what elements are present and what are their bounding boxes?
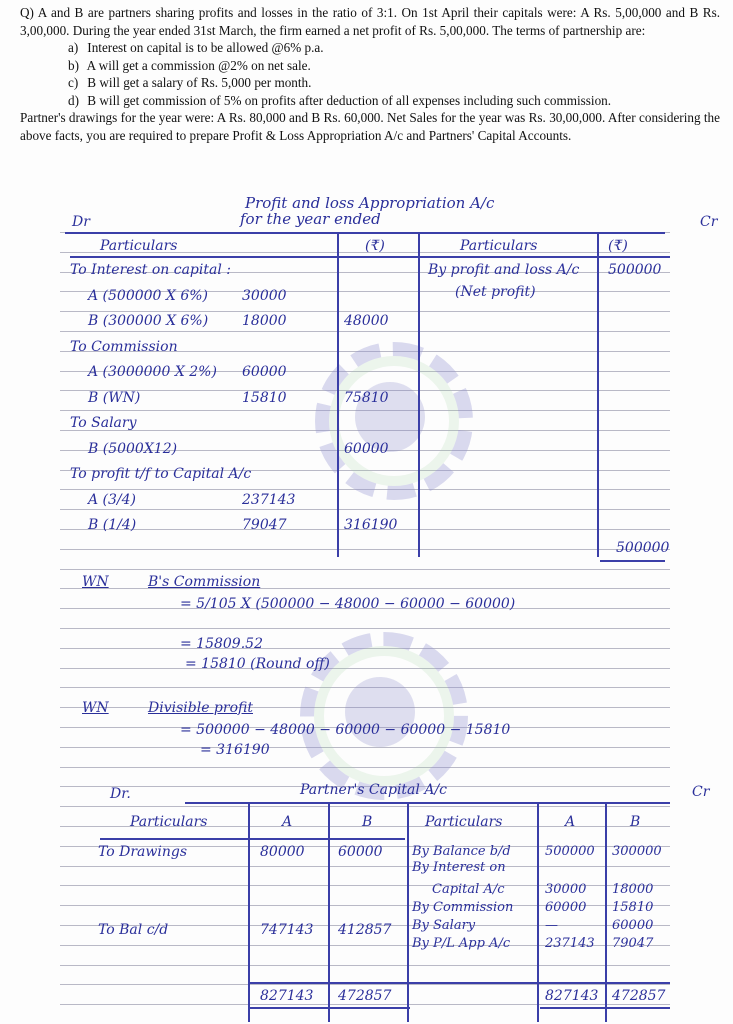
cap-header-particulars-right: Particulars [425, 814, 503, 830]
pl-header-amount: (₹) [365, 238, 385, 254]
wn1-label: WN [82, 574, 109, 590]
pl-divider [597, 232, 599, 557]
cap-credit-b: 79047 [612, 936, 653, 951]
pl-cr-label: Cr [700, 214, 717, 230]
pl-debit-row: A (3/4) [88, 492, 136, 508]
wn1-title: B's Commission [148, 574, 260, 590]
cap-credit-a: 60000 [545, 900, 586, 915]
pl-debit-row: B (WN) [88, 390, 140, 406]
pl-top-rule [65, 232, 665, 234]
cap-credit-a: — [545, 918, 558, 933]
cap-total-b-left: 472857 [338, 988, 391, 1004]
terms-list: a) Interest on capital is to be allowed … [20, 39, 720, 109]
cap-divider [328, 802, 330, 1022]
notebook-rule [60, 984, 670, 985]
term-item: a) Interest on capital is to be allowed … [68, 39, 720, 57]
pl-debit-row: To Commission [70, 339, 178, 355]
cap-divider [248, 802, 250, 1022]
pl-dr-label: Dr [72, 214, 90, 230]
notebook-rule [60, 628, 670, 629]
cap-header-particulars: Particulars [130, 814, 208, 830]
cap-header-a-right: A [565, 814, 575, 830]
cap-header-rule [100, 838, 405, 840]
pl-debit-sub-amount: 60000 [242, 364, 287, 380]
cap-credit-a: 30000 [545, 882, 586, 897]
notebook-rule [60, 866, 670, 867]
cap-header-b-right: B [630, 814, 640, 830]
term-item: c) B will get a salary of Rs. 5,000 per … [68, 74, 720, 92]
cap-total-a-right: 827143 [545, 988, 598, 1004]
cap-credit-a: 500000 [545, 844, 595, 859]
cap-double-rule [540, 1007, 670, 1009]
cap-credit-row: By P/L App A/c [412, 936, 510, 951]
pl-debit-row: B (5000X12) [88, 441, 177, 457]
question-text: Q) A and B are partners sharing profits … [20, 4, 720, 144]
cap-credit-b: 15810 [612, 900, 653, 915]
pl-debit-row: A (500000 X 6%) [88, 288, 208, 304]
pl-total-rule [600, 560, 665, 562]
wn2-line2: = 316190 [200, 742, 270, 758]
notebook-rule [60, 549, 670, 550]
question-closing: Partner's drawings for the year were: A … [20, 109, 720, 144]
cap-credit-a: 237143 [545, 936, 595, 951]
pl-debit-row: B (1/4) [88, 517, 136, 533]
notebook-rule [60, 311, 670, 312]
notebook-rule [60, 569, 670, 570]
wn2-label: WN [82, 700, 109, 716]
term-item: b) A will get a commission @2% on net sa… [68, 57, 720, 75]
pl-debit-total: 60000 [344, 441, 389, 457]
cap-credit-b: 18000 [612, 882, 653, 897]
cap-credit-row: Capital A/c [432, 882, 505, 897]
notebook-rule [60, 509, 670, 510]
pl-debit-sub-amount: 30000 [242, 288, 287, 304]
pl-total-right: 500000 [616, 540, 669, 556]
cap-debit-a: 747143 [260, 922, 313, 938]
pl-debit-sub-amount: 79047 [242, 517, 287, 533]
pl-credit-amount: 500000 [608, 262, 661, 278]
cap-top-rule [185, 802, 670, 804]
pl-debit-row: To Interest on capital : [70, 262, 231, 278]
pl-header-particulars: Particulars [100, 238, 178, 254]
cap-divider [537, 802, 539, 1022]
cap-debit-a: 80000 [260, 844, 305, 860]
cap-credit-b: 300000 [612, 844, 662, 859]
pl-header-rule [70, 256, 670, 258]
pl-debit-total: 75810 [344, 390, 389, 406]
notebook-rule [60, 331, 670, 332]
cap-credit-row: By Salary [412, 918, 475, 933]
cap-double-rule [250, 1007, 410, 1009]
cap-total-rule [250, 982, 670, 984]
cap-credit-row: By Interest on [412, 860, 506, 875]
pl-header-amount-right: (₹) [608, 238, 628, 254]
notebook-rule [60, 1004, 670, 1005]
pl-debit-row: B (300000 X 6%) [88, 313, 208, 329]
pl-debit-total: 48000 [344, 313, 389, 329]
pl-debit-total: 316190 [344, 517, 397, 533]
cap-total-a-left: 827143 [260, 988, 313, 1004]
pl-debit-sub-amount: 237143 [242, 492, 295, 508]
pl-debit-row: To Salary [70, 415, 137, 431]
cap-debit-b: 412857 [338, 922, 391, 938]
wn2-line1: = 500000 − 48000 − 60000 − 60000 − 15810 [180, 722, 510, 738]
cap-total-b-right: 472857 [612, 988, 665, 1004]
cap-dr-label: Dr. [110, 786, 131, 802]
cap-debit-b: 60000 [338, 844, 383, 860]
notebook-rule [60, 965, 670, 966]
pl-debit-sub-amount: 15810 [242, 390, 287, 406]
pl-debit-row: To profit t/f to Capital A/c [70, 466, 251, 482]
pl-debit-sub-amount: 18000 [242, 313, 287, 329]
notebook-sheet: Profit and loss Appropriation A/c for th… [60, 192, 670, 1022]
term-item: d) B will get commission of 5% on profit… [68, 92, 720, 110]
pl-header-particulars-right: Particulars [460, 238, 538, 254]
cap-credit-row: By Balance b/d [412, 844, 511, 859]
pl-credit-row: (Net profit) [455, 284, 536, 300]
wn2-title: Divisible profit [148, 700, 253, 716]
wn1-line3: = 15810 (Round off) [185, 656, 330, 672]
pl-credit-row: By profit and loss A/c [428, 262, 579, 278]
cap-credit-b: 60000 [612, 918, 653, 933]
cap-header-a: A [282, 814, 292, 830]
cap-cr-label: Cr [692, 784, 709, 800]
notebook-rule [60, 806, 670, 807]
cap-divider [407, 802, 409, 1022]
pl-debit-row: A (3000000 X 2%) [88, 364, 217, 380]
wn1-line1: = 5/105 X (500000 − 48000 − 60000 − 6000… [180, 596, 515, 612]
pl-divider [418, 232, 420, 557]
wn1-line2: = 15809.52 [180, 636, 263, 652]
cap-title: Partner's Capital A/c [300, 782, 447, 798]
pl-subtitle: for the year ended [240, 210, 381, 228]
cap-divider [605, 802, 607, 1022]
cap-credit-row: By Commission [412, 900, 513, 915]
cap-debit-row: To Bal c/d [98, 922, 168, 938]
cap-header-b: B [362, 814, 372, 830]
pl-divider [337, 232, 339, 557]
question-intro: Q) A and B are partners sharing profits … [20, 4, 720, 39]
cap-debit-row: To Drawings [98, 844, 187, 860]
